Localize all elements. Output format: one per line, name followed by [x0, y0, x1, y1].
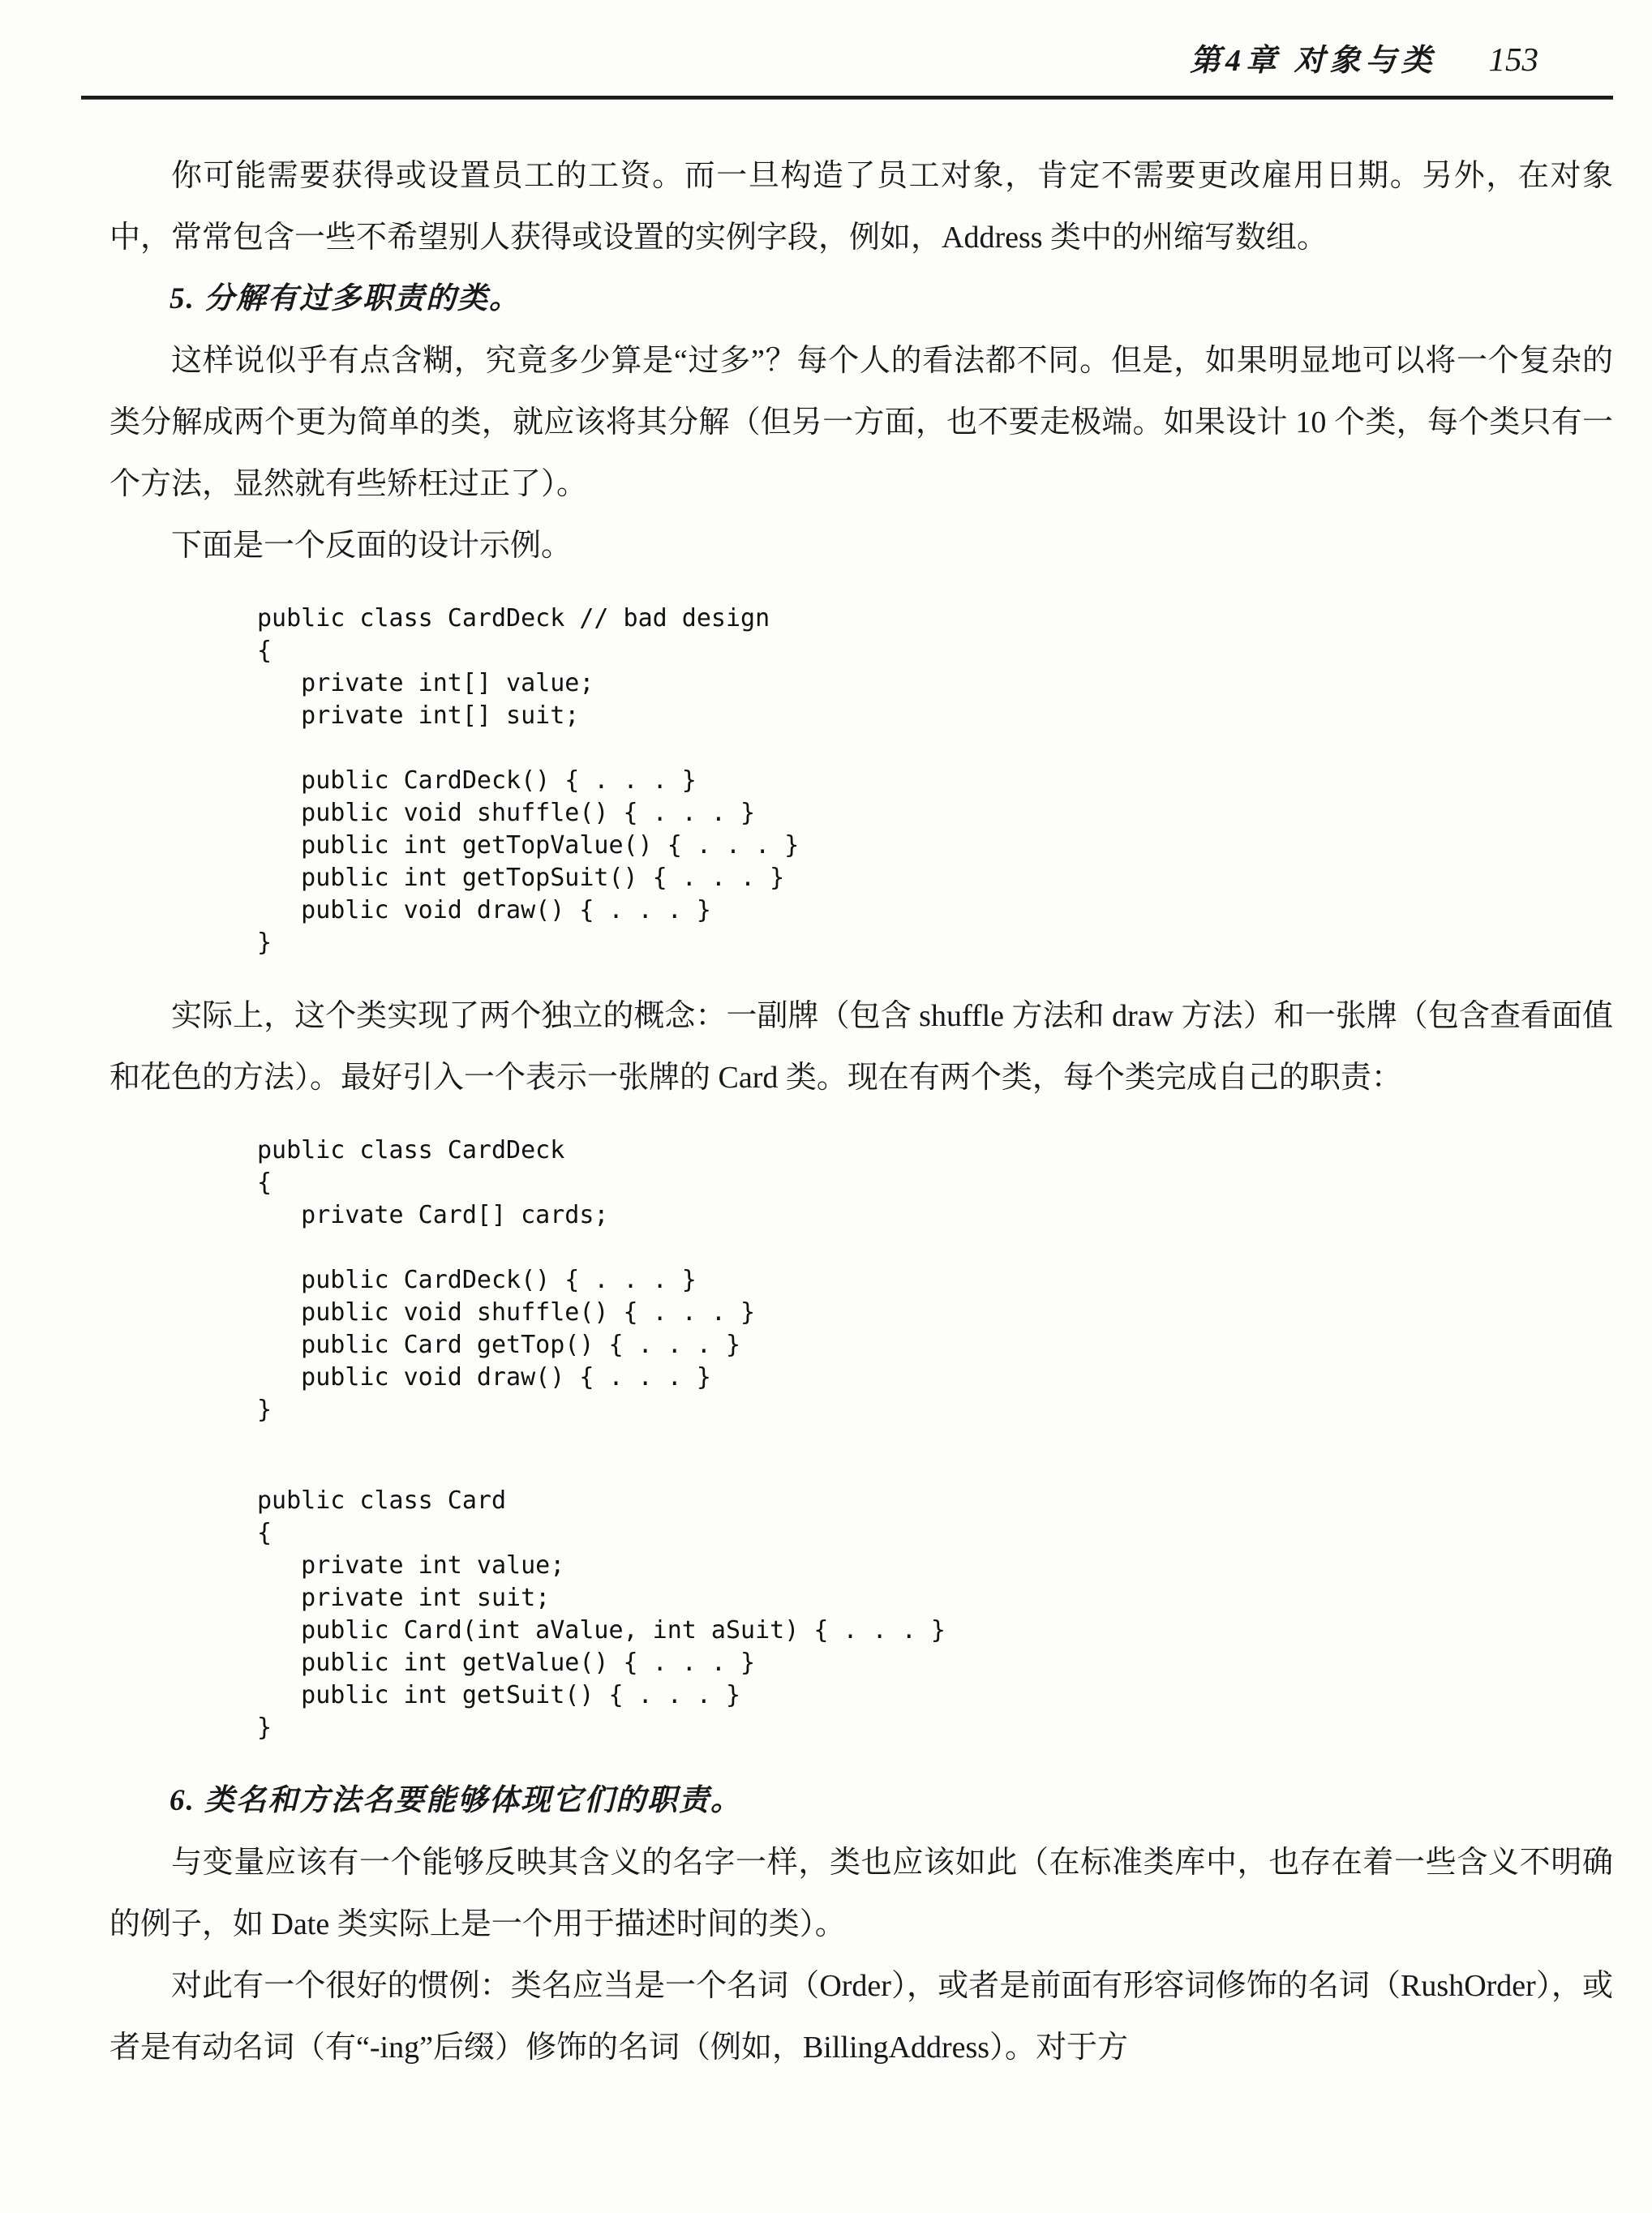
paragraph-rule5-concepts: 实际上，这个类实现了两个独立的概念：一副牌（包含 shuffle 方法和 dra… [109, 985, 1613, 1109]
section-heading-rule5: 5. 分解有过多职责的类。 [109, 268, 1613, 330]
code-block-carddeck-bad-design: public class CardDeck // bad design { pr… [257, 603, 1613, 959]
header-rule [81, 96, 1613, 100]
paragraph-rule5-example-intro: 下面是一个反面的设计示例。 [109, 515, 1613, 577]
page-body: 你可能需要获得或设置员工的工资。而一旦构造了员工对象，肯定不需要更改雇用日期。另… [109, 145, 1613, 2078]
section-heading-rule6: 6. 类名和方法名要能够体现它们的职责。 [109, 1770, 1613, 1832]
paragraph-rule5-vague: 这样说似乎有点含糊，究竟多少算是“过多”？每个人的看法都不同。但是，如果明显地可… [109, 330, 1613, 515]
code-block-card: public class Card { private int value; p… [257, 1485, 1613, 1744]
paragraph-rule6-convention: 对此有一个很好的惯例：类名应当是一个名词（Order），或者是前面有形容词修饰的… [109, 1955, 1613, 2078]
running-head: 第4章 对象与类 153 [109, 36, 1613, 84]
chapter-heading: 第4章 对象与类 [1190, 37, 1437, 84]
page-number: 153 [1489, 36, 1539, 83]
paragraph-rule6-naming: 与变量应该有一个能够反映其含义的名字一样，类也应该如此（在标准类库中，也存在着一… [109, 1832, 1613, 1955]
code-block-carddeck: public class CardDeck { private Card[] c… [257, 1134, 1613, 1426]
book-page: 第4章 对象与类 153 你可能需要获得或设置员工的工资。而一旦构造了员工对象，… [0, 0, 1652, 2213]
paragraph-intro: 你可能需要获得或设置员工的工资。而一旦构造了员工对象，肯定不需要更改雇用日期。另… [109, 145, 1613, 268]
